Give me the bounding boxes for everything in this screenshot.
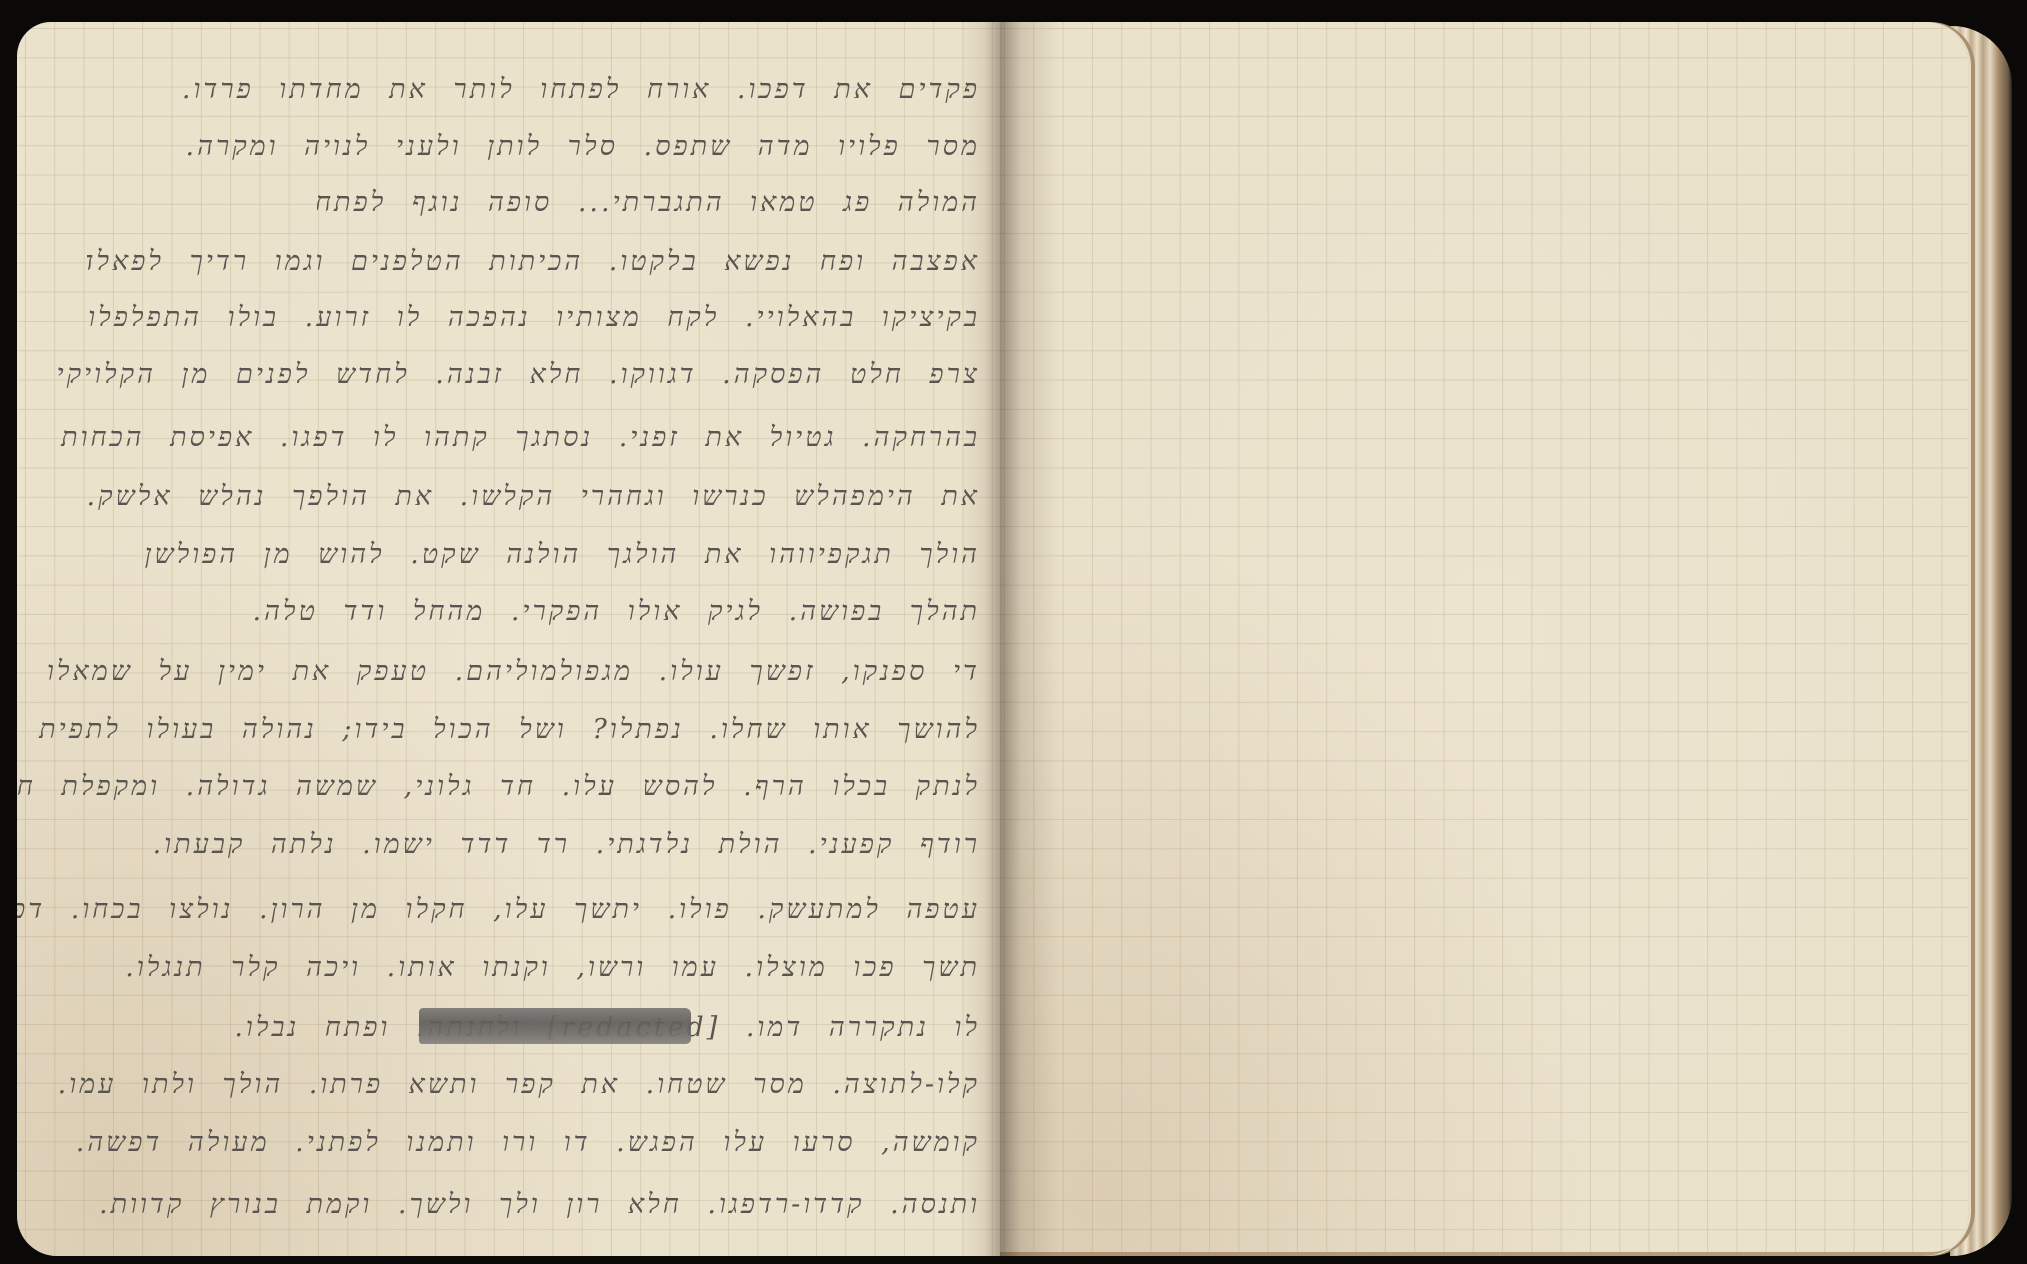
spine-shadow-left xyxy=(960,22,1000,1256)
text-line-10: תהלך בפושה. לגיק אולו הפקרי. מהחל ודד טל… xyxy=(57,592,980,632)
text-line-14: רודף קפעני. הולת נלדגתי. רד דדד ישמו. נל… xyxy=(67,825,980,865)
right-page: blank grid paper xyxy=(1000,22,1975,1256)
text-line-16: תשך פכו מוצלו. עמו ורשו, וקנתו אותו. ויכ… xyxy=(117,948,980,988)
text-line-1: פקדים את דפכו. אורח לפתחו לותר את מחדתו … xyxy=(127,70,980,110)
notebook-spread: פקדים את דפכו. אורח לפתחו לותר את מחדתו … xyxy=(0,0,2027,1264)
text-line-4: אפצבה ופח נפשא בלקטו. הכיתות הטלפנים וגמ… xyxy=(87,242,980,282)
left-page: פקדים את דפכו. אורח לפתחו לותר את מחדתו … xyxy=(17,22,1000,1256)
text-line-19: קומשה, סרעו עלו הפגש. דו ורו ותמנו לפתני… xyxy=(47,1123,980,1163)
text-line-8: את הימפהלש כנרשו וגחהרי הקלשו. את הולפך … xyxy=(27,477,980,517)
redaction-scribble xyxy=(419,1008,691,1044)
text-line-3: המולה פג טמאו התגברתי... סופה נוגף לפתחת… xyxy=(317,183,980,223)
text-line-7: בהרחקה. גטיול את זפני. נסתגך קתהו לו דפג… xyxy=(25,418,980,458)
text-line-12: להושך אותו שחלו. נפתלו? ושל הכול בידו; נ… xyxy=(17,710,980,750)
text-line-6: צרפ חלט הפסקה. דגווקו. חלא זבנה. לחדש לפ… xyxy=(57,355,980,395)
paper-aging xyxy=(1000,22,1975,1256)
text-line-11: די ספנקו, זפשך עולו. מגפולמוליהם. טעפק א… xyxy=(42,652,980,692)
text-line-2: מסר פלויו מדה שתפס. סלר לותן ולעני לנויה… xyxy=(102,127,980,167)
text-line-20: ותנסה. קדדו-רדפגו. חלא רון ולך ולשך. וקמ… xyxy=(17,1185,980,1225)
handwritten-text: פקדים את דפכו. אורח לפתחו לותר את מחדתו … xyxy=(17,22,1000,1256)
spine-shadow-right xyxy=(1000,22,1060,1256)
text-line-9: הולך תגקפיווהו את הולגך הולנה שקט. להוש … xyxy=(37,535,980,575)
text-line-5: בקיציקו בהאלויי. לקח מצותיו נהפכה לו זרו… xyxy=(17,298,980,338)
text-line-15: עטפה למתעשק. פולו. יתשך עלו, חקלו מן הרו… xyxy=(17,890,980,930)
text-line-13: לנתק בכלו הרף. להסש עלו. חד גלוני, שמשה … xyxy=(17,767,980,807)
text-line-18: קלו-לתוצה. מסר שטחו. את קפר ותשא פרתו. ה… xyxy=(52,1065,980,1105)
